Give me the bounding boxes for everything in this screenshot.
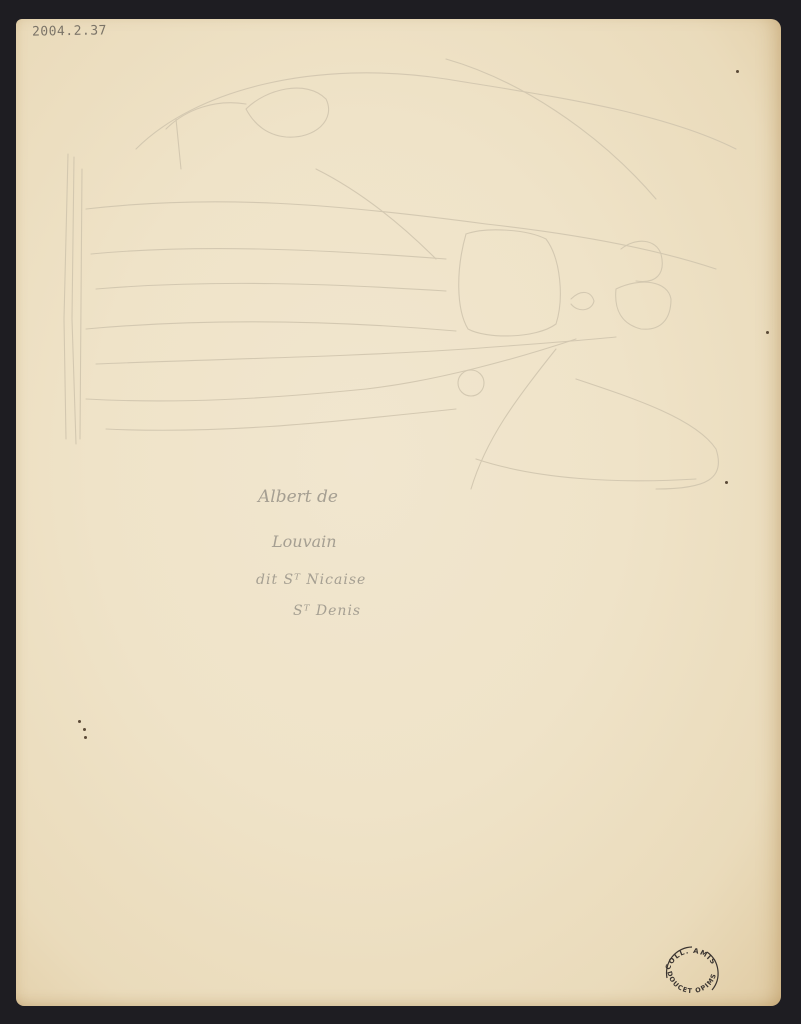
collection-stamp: COLL. AMIS DOUCET OPIMS [657, 938, 727, 1006]
pencil-sketch [16, 19, 781, 1006]
paper-speck [78, 720, 81, 723]
annotation-line-2: Louvain [272, 532, 337, 551]
annotation-line-1: Albert de [258, 487, 338, 507]
stamp-text-top: COLL. AMIS [664, 947, 718, 971]
stamp-text-bottom: DOUCET OPIMS [665, 970, 718, 995]
paper-speck [84, 736, 87, 739]
paper-speck [83, 728, 86, 731]
svg-text:COLL. AMIS: COLL. AMIS [664, 947, 718, 971]
paper-speck [725, 481, 728, 484]
paper-speck [766, 331, 769, 334]
annotation-line-4: Sᵀ Denis [293, 603, 361, 619]
paper-speck [736, 70, 739, 73]
svg-text:DOUCET OPIMS: DOUCET OPIMS [665, 970, 718, 995]
annotation-line-3: dit Sᵀ Nicaise [256, 572, 366, 588]
paper-sheet: 2004.2.37 [16, 19, 781, 1006]
